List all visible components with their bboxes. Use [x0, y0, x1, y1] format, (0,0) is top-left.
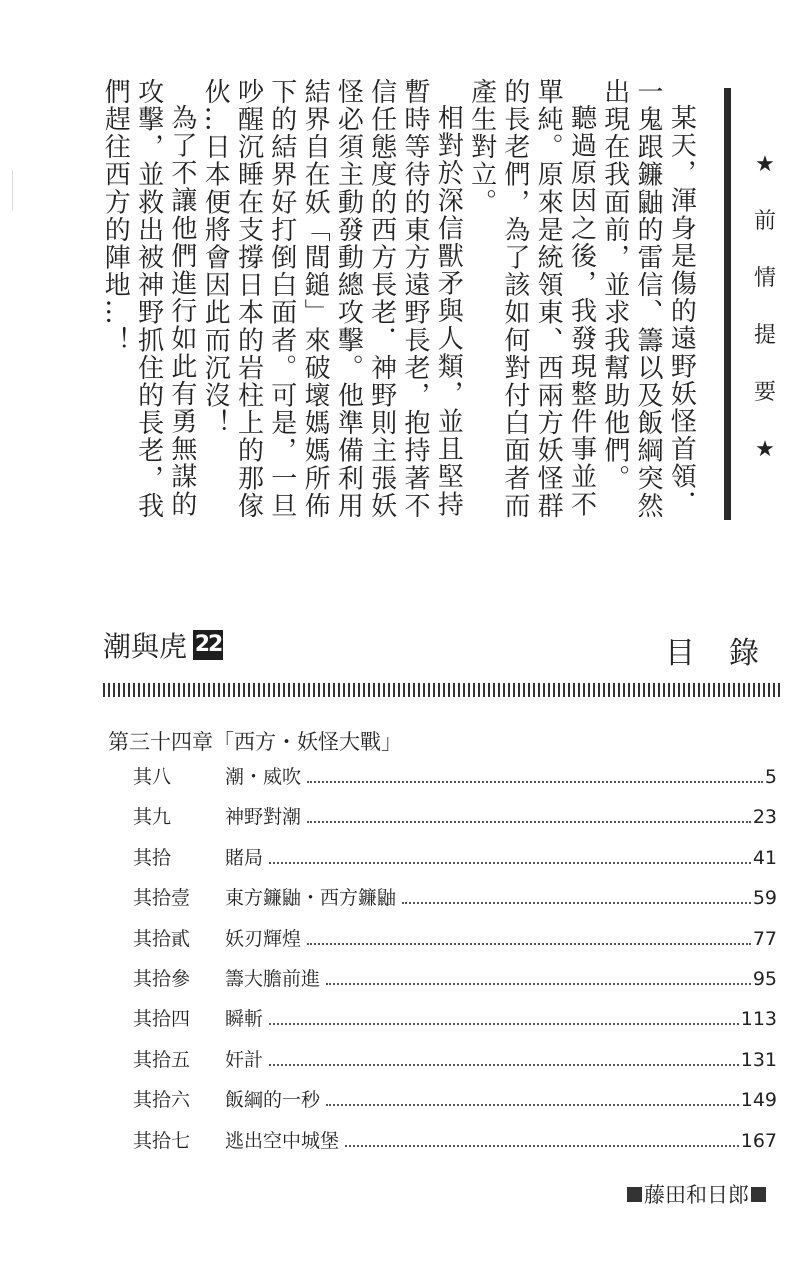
summary-paragraph: 聽過原因之後，我發現整件事並不單純。原來是統領東、西兩方妖怪群的長老們，為了該如…	[464, 78, 597, 538]
toc-title: 目錄	[665, 628, 793, 672]
episode-title: 奸計	[225, 1045, 269, 1072]
episode-title: 妖刃輝煌	[225, 924, 307, 951]
heading-char: 要	[754, 378, 776, 408]
episode-number: 其拾五	[133, 1045, 225, 1072]
leader-dots	[269, 1023, 739, 1025]
summary-paragraph: 相對於深信獸矛與人類，並且堅持暫時等待的東方遠野長老，抱持著不信任態度的西方長老…	[198, 78, 464, 538]
toc-entry[interactable]: 其拾貳妖刃輝煌77	[133, 924, 777, 964]
leader-dots	[269, 862, 751, 864]
page-number: 5	[763, 766, 777, 788]
leader-dots	[326, 983, 751, 985]
leader-dots	[326, 1104, 739, 1106]
toc-entry[interactable]: 其拾賭局41	[133, 843, 777, 883]
toc-entry[interactable]: 其拾參籌大膽前進95	[133, 964, 777, 1004]
heading-char: 情	[754, 264, 776, 294]
page-number: 23	[751, 806, 777, 828]
author-credit: 藤田和日郎	[625, 1179, 768, 1209]
episode-number: 其拾	[133, 843, 225, 870]
author-name: 藤田和日郎	[644, 1179, 749, 1209]
star-icon: ★	[755, 435, 775, 465]
page-number: 167	[739, 1130, 777, 1152]
chapter-heading: 第三十四章「西方・妖怪大戰」	[108, 726, 402, 756]
leader-dots	[307, 943, 751, 945]
leader-dots	[269, 1064, 739, 1066]
page-number: 149	[739, 1089, 777, 1111]
episode-title: 瞬斬	[225, 1004, 269, 1031]
toc-entry[interactable]: 其八潮・威吹5	[133, 762, 777, 802]
toc-entry[interactable]: 其拾四瞬斬113	[133, 1004, 777, 1044]
volume-badge: 22	[193, 630, 223, 660]
leader-dots	[307, 821, 751, 823]
page-fold-mark	[12, 170, 13, 210]
episode-number: 其拾四	[133, 1004, 225, 1031]
episode-title: 籌大膽前進	[225, 964, 326, 991]
episode-title: 賭局	[225, 843, 269, 870]
square-bullet-icon	[751, 1187, 766, 1202]
toc-entry[interactable]: 其拾六飯綱的一秒149	[133, 1085, 777, 1125]
heading-char: 提	[754, 321, 776, 351]
episode-title: 逃出空中城堡	[225, 1126, 345, 1153]
episode-number: 其九	[133, 802, 225, 829]
episode-number: 其拾七	[133, 1126, 225, 1153]
leader-dots	[402, 902, 751, 904]
summary-divider	[724, 88, 731, 520]
episode-title: 神野對潮	[225, 802, 307, 829]
summary-heading: ★ 前 情 提 要 ★	[752, 150, 778, 492]
page-number: 113	[739, 1008, 777, 1030]
decorative-tick-rule	[103, 683, 781, 697]
square-bullet-icon	[627, 1187, 642, 1202]
episode-title: 潮・威吹	[225, 762, 307, 789]
series-name: 潮與虎	[103, 625, 187, 665]
episode-number: 其拾壹	[133, 883, 225, 910]
table-of-contents: 其八潮・威吹5 其九神野對潮23 其拾賭局41 其拾壹東方鐮鼬・西方鐮鼬59 其…	[133, 762, 777, 1166]
episode-number: 其拾貳	[133, 924, 225, 951]
star-icon: ★	[755, 150, 775, 180]
page-number: 59	[751, 887, 777, 909]
leader-dots	[345, 1145, 739, 1147]
episode-title: 東方鐮鼬・西方鐮鼬	[225, 883, 402, 910]
episode-number: 其拾六	[133, 1085, 225, 1112]
series-title: 潮與虎 22	[103, 625, 223, 665]
episode-number: 其拾參	[133, 964, 225, 991]
leader-dots	[307, 781, 763, 783]
page-number: 131	[739, 1049, 777, 1071]
page-number: 41	[751, 847, 777, 869]
summary-paragraph: 為了不讓他們進行如此有勇無謀的攻擊，並救出被神野抓住的長老，我們趕往西方的陣地……	[98, 78, 198, 538]
toc-entry[interactable]: 其拾七逃出空中城堡167	[133, 1126, 777, 1166]
summary-paragraph: 某天，渾身是傷的遠野妖怪首領．一鬼跟鐮鼬的雷信、籌以及飯綱突然出現在我面前，並求…	[597, 78, 697, 538]
heading-char: 前	[754, 207, 776, 237]
page-number: 77	[751, 928, 777, 950]
toc-entry[interactable]: 其拾五奸計131	[133, 1045, 777, 1085]
toc-entry[interactable]: 其九神野對潮23	[133, 802, 777, 842]
page-number: 95	[751, 968, 777, 990]
episode-title: 飯綱的一秒	[225, 1085, 326, 1112]
episode-number: 其八	[133, 762, 225, 789]
story-summary: 某天，渾身是傷的遠野妖怪首領．一鬼跟鐮鼬的雷信、籌以及飯綱突然出現在我面前，並求…	[98, 78, 697, 538]
toc-entry[interactable]: 其拾壹東方鐮鼬・西方鐮鼬59	[133, 883, 777, 923]
